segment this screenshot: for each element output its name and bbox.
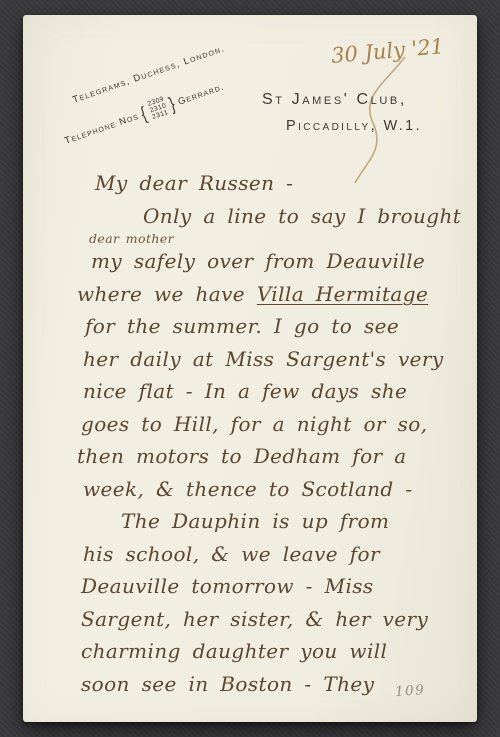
handwritten-line: goes to Hill, for a night or so,	[81, 408, 463, 441]
handwritten-line: Deauville tomorrow - Miss	[81, 570, 463, 603]
handwritten-line: charming daughter you will	[81, 635, 463, 668]
telephone-line: Telephone Nos { 2309 2310 2311 } Gerrard…	[62, 77, 228, 151]
handwritten-line: his school, & we leave for	[83, 538, 463, 571]
telephone-label: Telephone Nos	[63, 111, 140, 147]
handwritten-line: her daily at Miss Sargent's very	[83, 343, 463, 376]
photo-background: Telegrams, Duchess, London. Telephone No…	[0, 0, 500, 737]
handwritten-line: Only a line to say I brought	[143, 200, 463, 233]
club-name: St James' Club,	[262, 91, 407, 109]
handwritten-line: The Dauphin is up from	[121, 505, 463, 538]
letter-body: My dear Russen -Only a line to say I bro…	[73, 167, 463, 700]
handwritten-line: for the summer. I go to see	[85, 310, 463, 343]
telephone-numbers: 2309 2310 2311	[146, 96, 171, 122]
handwritten-line: dear mother	[89, 232, 463, 245]
page-number-pencil: 109	[394, 682, 425, 700]
underlined-text: Villa Hermitage	[257, 282, 428, 306]
handwritten-line: my safely over from Deauville	[91, 245, 463, 278]
handwritten-line: Sargent, her sister, & her very	[81, 603, 463, 636]
handwritten-line: then motors to Dedham for a	[77, 440, 463, 473]
handwritten-line: where we have Villa Hermitage	[77, 278, 463, 311]
telephone-exchange: Gerrard.	[177, 81, 226, 107]
club-address: Piccadilly, W.1.	[286, 118, 422, 134]
handwritten-line: My dear Russen -	[95, 167, 463, 200]
handwritten-line: nice flat - In a few days she	[83, 375, 463, 408]
letter-page: Telegrams, Duchess, London. Telephone No…	[23, 15, 477, 722]
handwritten-line: week, & thence to Scotland -	[83, 473, 463, 506]
handwritten-date: 30 July '21	[330, 34, 445, 68]
